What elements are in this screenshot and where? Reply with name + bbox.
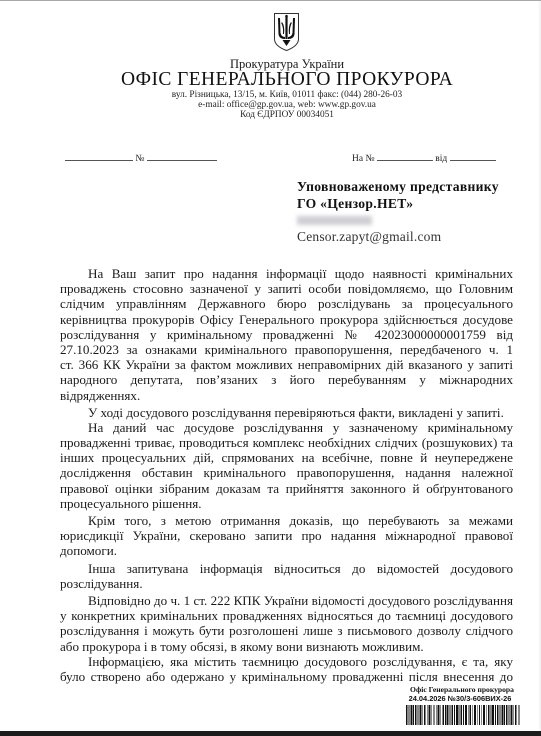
addressee-line-1: Уповноваженому представнику [297,178,537,195]
body-line: процесуального рішення. [60,496,513,511]
body-line: Інша запитувана інформація відноситься д… [60,561,513,576]
redacted-name [297,216,372,225]
stamp-organization: Офіс Генерального прокурора [403,685,521,694]
incoming-registration: На № від [352,152,496,165]
page-bottom-bar [0,731,541,736]
addressee-block: Уповноваженому представнику ГО «Цензор.Н… [297,178,537,244]
outgoing-number-blank [147,152,217,161]
body-line: проваджень стосовно зазначеної у запиті … [60,281,513,296]
outgoing-number-label: № [135,154,144,164]
body-line: На даний час досудове розслідування у за… [60,420,513,435]
body-line: юрисдикції України, скеровано запити про… [60,528,513,543]
body-line: допомоги. [60,543,513,558]
body-line: У ході досудового розслідування перевіря… [60,405,513,420]
body-line: Інформацією, яка містить таємницю досудо… [60,654,513,669]
incoming-date-blank [450,152,496,161]
body-line: інших процесуальних дій, спрямованих на … [60,450,513,465]
incoming-number-blank [377,152,433,161]
addressee-line-2: ГО «Цензор.НЕТ» [297,195,537,212]
outgoing-registration: № [65,152,217,165]
outgoing-date-blank [65,152,133,161]
body-line: народного депутата, пов’язаних з його пе… [60,372,513,387]
body-line: розслідування і можуть бути розголошені … [60,623,513,638]
body-line: відрядженнях. [60,388,513,403]
organization-name: ОФІС ГЕНЕРАЛЬНОГО ПРОКУРОРА [0,69,541,91]
body-line: слідчим управлінням Державного бюро розс… [60,296,513,311]
stamp-registration-number: 24.04.2026 №30/3-606ВИХ-26 [399,694,521,703]
incoming-from-label: від [435,154,447,164]
body-line: дослідження обставин кримінального право… [60,465,513,480]
registration-stamp: Офіс Генерального прокурора 24.04.2026 №… [403,685,521,725]
body-line: правової оцінки зібраним доказам та прий… [60,481,513,496]
body-line: На Ваш запит про надання інформації щодо… [60,266,513,281]
barcode-icon [406,705,520,725]
body-line: керівництва прокурорів Офісу Генеральног… [60,312,513,327]
body-line: було створено або одержано у кримінально… [60,669,513,684]
body-line: розслідування у кримінальному провадженн… [60,327,513,342]
body-line: ст. 366 КК України за фактом можливих не… [60,357,513,372]
body-line: розслідування. [60,576,513,591]
body-line: Відповідно до ч. 1 ст. 222 КПК України в… [60,593,513,608]
page-top-border [0,0,541,1]
organization-edrpou-code: Код ЄДРПОУ 00034051 [0,110,541,121]
letter-body: На Ваш запит про надання інформації щодо… [60,266,513,684]
body-line: Крім того, з метою отримання доказів, що… [60,513,513,528]
body-line: 27.10.2023 за ознаками кримінального пра… [60,342,513,357]
trident-coat-of-arms-icon [273,12,300,52]
addressee-email: Censor.zapyt@gmail.com [297,229,537,244]
body-line: провадженні триває, проводиться комплекс… [60,435,513,450]
body-line: у конкретних кримінальних провадженнях в… [60,608,513,623]
body-line: або прокурора і в тому обсязі, в якому в… [60,639,513,654]
incoming-number-label: На № [352,154,375,164]
